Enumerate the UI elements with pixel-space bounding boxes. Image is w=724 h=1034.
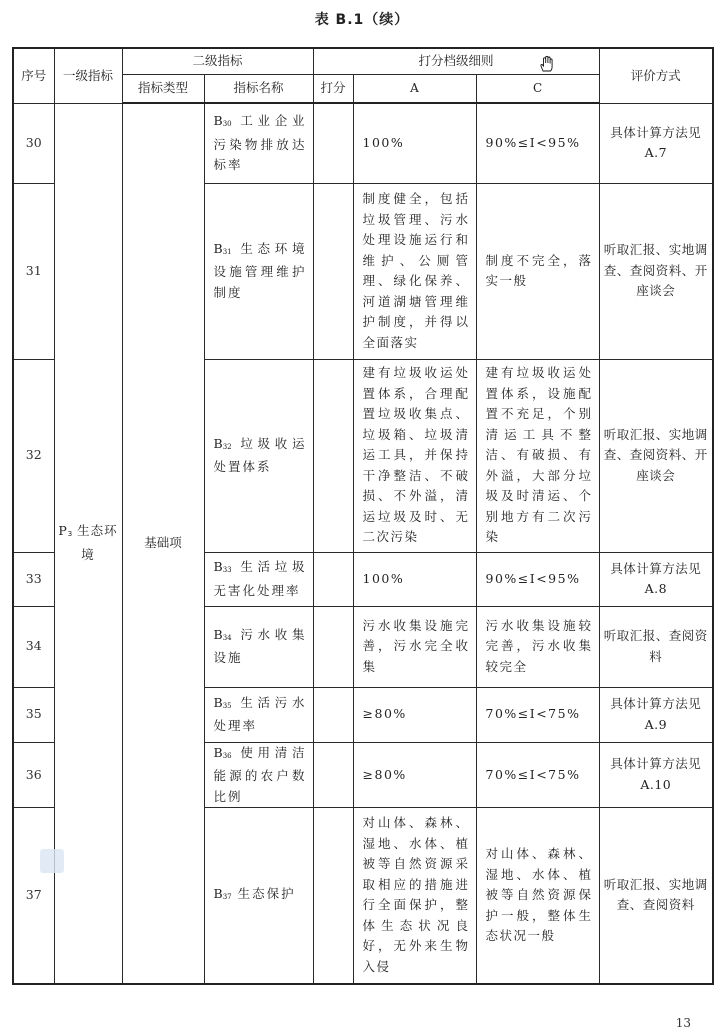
grade-c-cell: 制度不完全，落实一般 — [476, 183, 599, 359]
indicator-type: 基础项 — [122, 103, 204, 984]
indicator-name-text: 垃圾收运处置体系 — [214, 436, 307, 475]
indicator-name: B30 工业企业污染物排放达标率 — [204, 103, 313, 183]
row-seq: 35 — [13, 687, 54, 742]
indicator-name-text: 生态保护 — [232, 886, 296, 901]
indicator-code-sub: 37 — [223, 893, 232, 901]
indicator-name-text: 污水收集设施 — [214, 627, 307, 666]
header-level2-group: 二级指标 — [122, 48, 313, 74]
indicator-code-sub: 30 — [223, 120, 232, 128]
method-cell: 具体计算方法见 A.10 — [599, 742, 713, 808]
score-cell[interactable] — [313, 359, 353, 552]
table-caption: 表 B.1（续） — [0, 9, 724, 29]
grade-a-cell: ≥80% — [353, 687, 476, 742]
page-number: 13 — [676, 1016, 691, 1030]
level1-indicator: P3 生态环境 — [54, 103, 122, 984]
grade-c-cell: 90%≤I<95% — [476, 103, 599, 183]
header-indicator-type: 指标类型 — [122, 74, 204, 103]
indicator-code-sub: 31 — [223, 248, 232, 256]
indicator-name: B37 生态保护 — [204, 808, 313, 984]
header-score: 打分 — [313, 74, 353, 103]
header-level1: 一级指标 — [54, 48, 122, 103]
indicator-code: B — [214, 113, 223, 128]
method-cell: 听取汇报、查阅资料 — [599, 606, 713, 687]
indicator-code-sub: 35 — [223, 702, 232, 710]
row-seq: 32 — [13, 359, 54, 552]
indicator-name: B33 生活垃圾无害化处理率 — [204, 552, 313, 606]
level1-label: 生态环境 — [72, 523, 117, 562]
grade-a-cell: 对山体、森林、湿地、水体、植被等自然资源采取相应的措施进行全面保护，整体生态状况… — [353, 808, 476, 984]
grade-c-cell: 70%≤I<75% — [476, 742, 599, 808]
header-grade-a: A — [353, 74, 476, 103]
indicator-name: B32 垃圾收运处置体系 — [204, 359, 313, 552]
indicator-code-sub: 32 — [223, 443, 232, 451]
header-grade-c: C — [476, 74, 599, 103]
method-cell: 具体计算方法见 A.7 — [599, 103, 713, 183]
score-cell[interactable] — [313, 552, 353, 606]
indicator-name: B36 使用清洁能源的农户数比例 — [204, 742, 313, 808]
grade-c-cell: 90%≤I<95% — [476, 552, 599, 606]
grade-a-cell: 污水收集设施完善，污水完全收集 — [353, 606, 476, 687]
grade-c-cell: 对山体、森林、湿地、水体、植被等自然资源保护一般，整体生态状况一般 — [476, 808, 599, 984]
score-cell[interactable] — [313, 687, 353, 742]
grade-a-cell: 制度健全，包括垃圾管理、污水处理设施运行和维护、公厕管理、绿化保养、河道湖塘管理… — [353, 183, 476, 359]
grade-c-cell: 污水收集设施较完善，污水收集较完全 — [476, 606, 599, 687]
indicator-code-sub: 33 — [223, 566, 232, 574]
row-seq: 37 — [13, 808, 54, 984]
indicator-code: B — [214, 436, 223, 451]
grade-a-cell: 建有垃圾收运处置体系，合理配置垃圾收集点、垃圾箱、垃圾清运工具，并保持干净整洁、… — [353, 359, 476, 552]
row-seq: 34 — [13, 606, 54, 687]
watermark-logo-icon — [40, 849, 64, 873]
indicator-name: B35 生活污水处理率 — [204, 687, 313, 742]
method-cell: 听取汇报、实地调查、查阅资料、开座谈会 — [599, 359, 713, 552]
hand-cursor-icon — [537, 54, 557, 74]
method-cell: 听取汇报、实地调查、查阅资料、开座谈会 — [599, 183, 713, 359]
grade-a-cell: 100% — [353, 103, 476, 183]
score-cell[interactable] — [313, 606, 353, 687]
row-seq: 30 — [13, 103, 54, 183]
table-row: 30 P3 生态环境 基础项 B30 工业企业污染物排放达标率 100% 90%… — [13, 103, 713, 183]
score-cell[interactable] — [313, 808, 353, 984]
grade-a-cell: 100% — [353, 552, 476, 606]
grade-c-cell: 70%≤I<75% — [476, 687, 599, 742]
indicator-code: B — [214, 627, 223, 642]
level1-code: P — [58, 523, 67, 538]
grade-c-cell: 建有垃圾收运处置体系，设施配置不充足，个别清运工具不整洁、有破损、有外溢，大部分… — [476, 359, 599, 552]
method-cell: 具体计算方法见 A.9 — [599, 687, 713, 742]
header-indicator-name: 指标名称 — [204, 74, 313, 103]
method-cell: 听取汇报、实地调查、查阅资料 — [599, 808, 713, 984]
indicator-code-sub: 34 — [223, 634, 232, 642]
indicator-name-text: 生活垃圾无害化处理率 — [214, 559, 307, 598]
row-seq: 31 — [13, 183, 54, 359]
indicator-code: B — [214, 695, 223, 710]
indicator-name: B34 污水收集设施 — [204, 606, 313, 687]
method-cell: 具体计算方法见 A.8 — [599, 552, 713, 606]
header-method: 评价方式 — [599, 48, 713, 103]
indicator-name: B31 生态环境设施管理维护制度 — [204, 183, 313, 359]
indicator-code: B — [214, 241, 223, 256]
score-cell[interactable] — [313, 742, 353, 808]
indicator-code: B — [214, 745, 223, 760]
row-seq: 33 — [13, 552, 54, 606]
indicator-code-sub: 36 — [223, 752, 232, 760]
score-cell[interactable] — [313, 103, 353, 183]
evaluation-table: 序号 一级指标 二级指标 打分档级细则 评价方式 指标类型 指标名称 打分 A … — [12, 47, 714, 985]
score-cell[interactable] — [313, 183, 353, 359]
grade-a-cell: ≥80% — [353, 742, 476, 808]
indicator-name-text: 生活污水处理率 — [214, 695, 307, 734]
indicator-code: B — [214, 559, 223, 574]
indicator-code: B — [214, 886, 223, 901]
header-seq: 序号 — [13, 48, 54, 103]
row-seq: 36 — [13, 742, 54, 808]
